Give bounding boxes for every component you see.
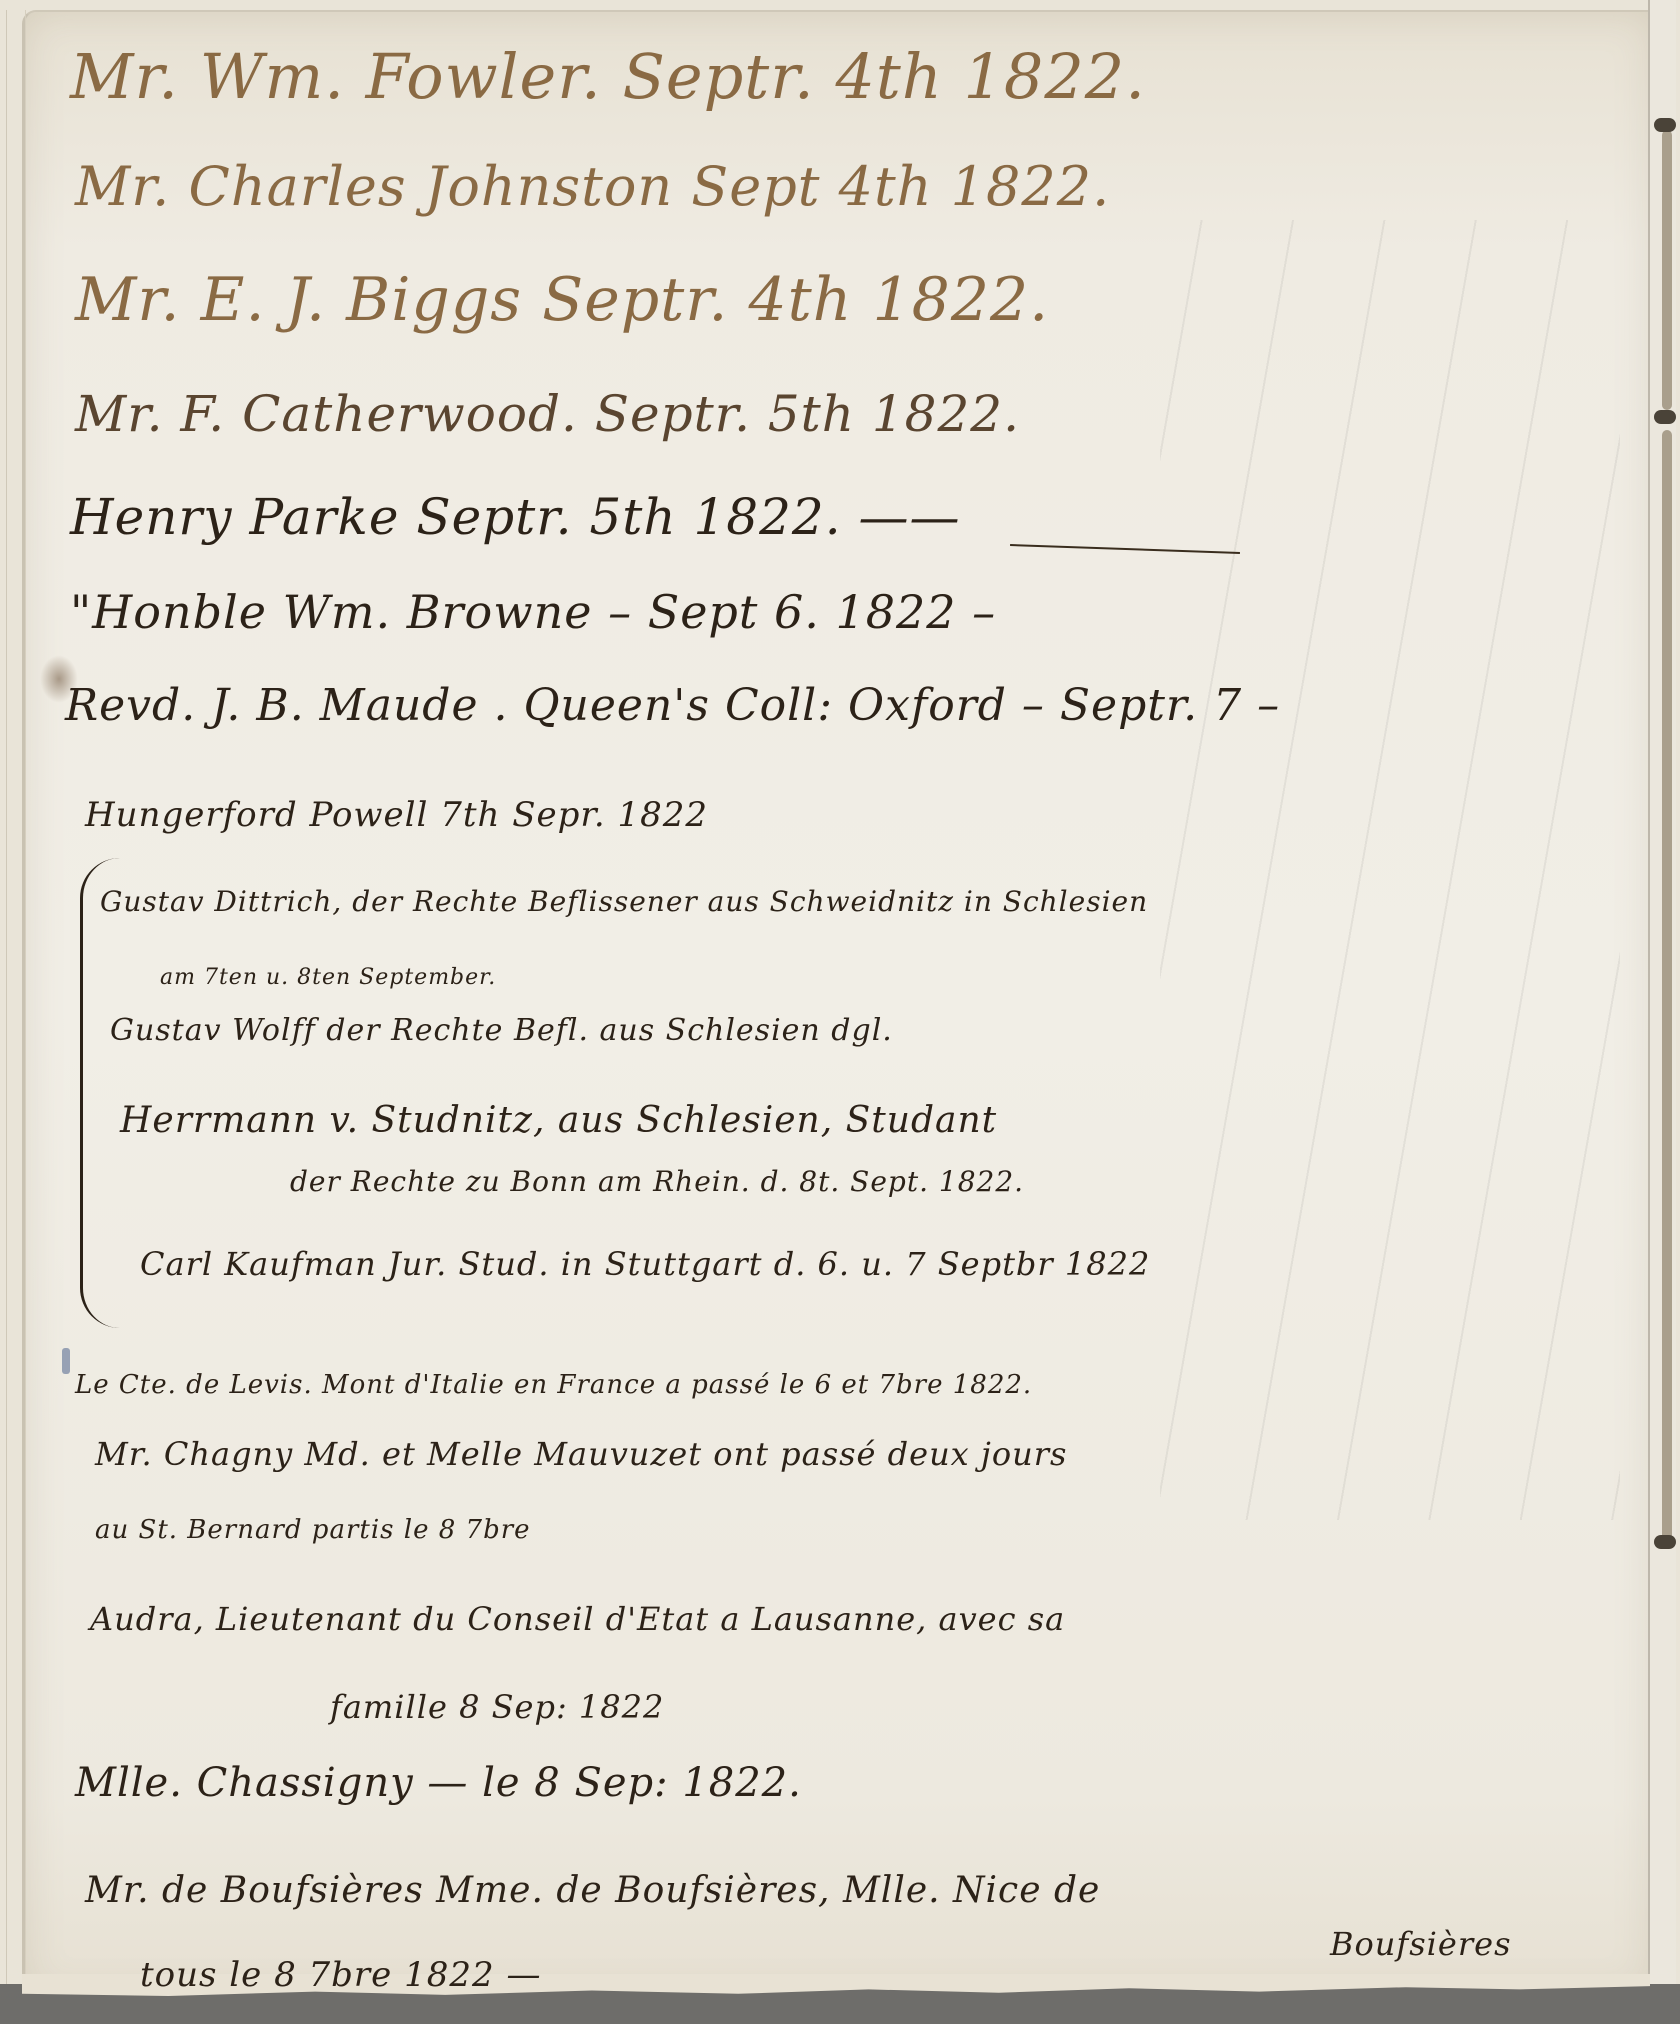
entry-line: Hungerford Powell 7th Sepr. 1822 <box>85 795 708 835</box>
entry-line: Mr. de Boufsières Mme. de Boufsières, Ml… <box>85 1870 1100 1911</box>
entry-line: Herrmann v. Studnitz, aus Schlesien, Stu… <box>120 1100 997 1141</box>
entry-line: der Rechte zu Bonn am Rhein. d. 8t. Sept… <box>290 1165 1024 1198</box>
register-entries: Mr. Wm. Fowler. Septr. 4th 1822. Mr. Cha… <box>0 0 1680 2024</box>
entry-line: Audra, Lieutenant du Conseil d'Etat a La… <box>90 1600 1065 1638</box>
entry-line: Mr. Wm. Fowler. Septr. 4th 1822. <box>70 40 1146 113</box>
entry-line: Mr. Chagny Md. et Melle Mauvuzet ont pas… <box>95 1435 1067 1473</box>
entry-line: Mr. Charles Johnston Sept 4th 1822. <box>75 155 1110 218</box>
entry-line: au St. Bernard partis le 8 7bre <box>95 1515 531 1545</box>
entry-line: Gustav Wolff der Rechte Befl. aus Schles… <box>110 1013 893 1048</box>
entry-line: Gustav Dittrich, der Rechte Beflissener … <box>100 885 1148 918</box>
entry-line: tous le 8 7bre 1822 — <box>140 1955 541 1995</box>
entry-line: Henry Parke Septr. 5th 1822. —— <box>70 488 961 546</box>
entry-line: Mlle. Chassigny — le 8 Sep: 1822. <box>75 1760 802 1806</box>
entry-line: Carl Kaufman Jur. Stud. in Stuttgart d. … <box>140 1245 1150 1283</box>
manuscript-scan: Mr. Wm. Fowler. Septr. 4th 1822. Mr. Cha… <box>0 0 1680 2024</box>
entry-line: am 7ten u. 8ten September. <box>160 965 496 990</box>
entry-line: famille 8 Sep: 1822 <box>330 1688 664 1726</box>
entry-line: Boufsières <box>1330 1925 1511 1963</box>
entry-line: Le Cte. de Levis. Mont d'Italie en Franc… <box>75 1370 1032 1400</box>
entry-line: Mr. F. Catherwood. Septr. 5th 1822. <box>75 385 1020 443</box>
entry-line: "Honble Wm. Browne – Sept 6. 1822 – <box>70 585 996 639</box>
entry-line: Mr. E. J. Biggs Septr. 4th 1822. <box>75 265 1049 335</box>
entry-line: Revd. J. B. Maude . Queen's Coll: Oxford… <box>65 680 1280 731</box>
